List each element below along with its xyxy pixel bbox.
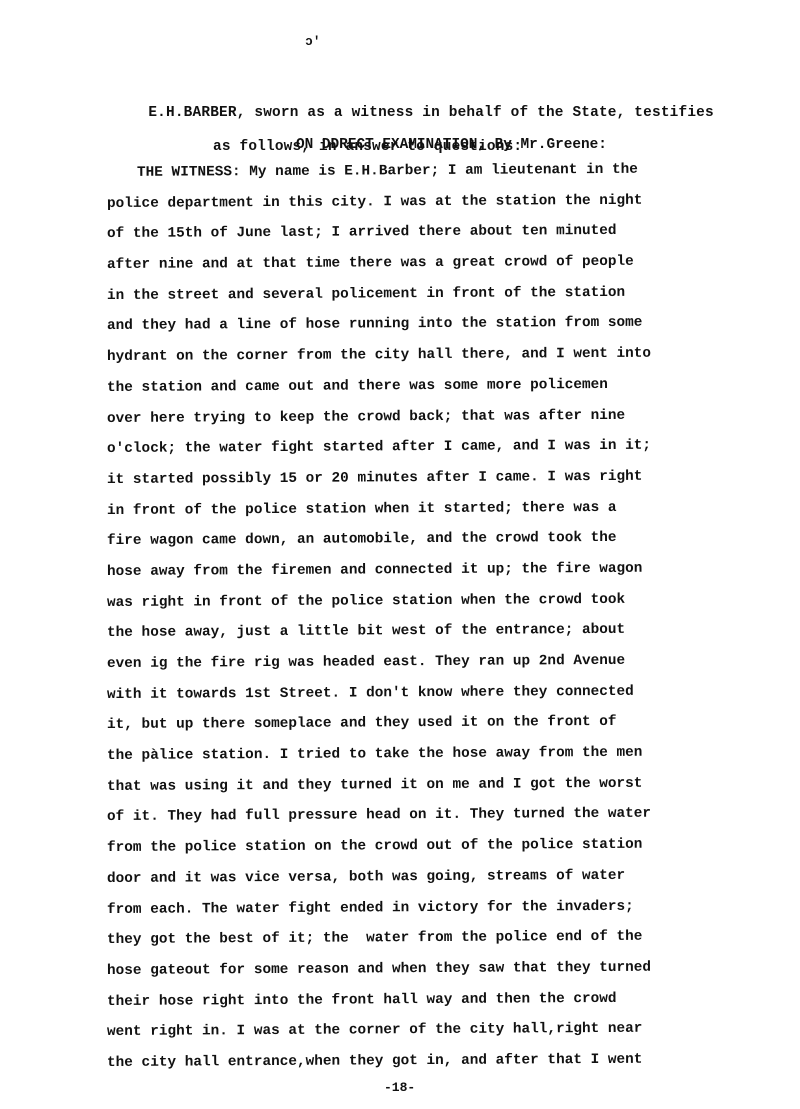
testimony-line: THE WITNESS: My name is E.H.Barber; I am… [107,154,747,189]
testimony-line: the station and came out and there was s… [107,369,747,404]
testimony-line: they got the best of it; the water from … [107,921,747,956]
testimony-line: their hose right into the front hall way… [107,983,747,1018]
testimony-line: of it. They had full pressure head on it… [107,799,747,834]
testimony-line: in front of the police station when it s… [107,492,747,527]
page-number: -18- [384,1080,415,1095]
testimony-line: over here trying to keep the crowd back;… [107,400,747,435]
testimony-line: even ig the fire rig was headed east. Th… [107,645,747,680]
witness-intro-line-1: E.H.BARBER, sworn as a witness in behalf… [148,105,714,121]
testimony-line: of the 15th of June last; I arrived ther… [107,215,747,250]
testimony-line: it, but up there someplace and they used… [107,706,747,741]
testimony-line: that was using it and they turned it on … [107,768,747,803]
testimony-line: from each. The water fight ended in vict… [107,891,747,926]
testimony-line: the hose away, just a little bit west of… [107,614,747,649]
testimony-line: o'clock; the water fight started after I… [107,430,747,465]
testimony-line: with it towards 1st Street. I don't know… [107,676,747,711]
testimony-line: went right in. I was at the corner of th… [107,1013,747,1048]
testimony-line: police department in this city. I was at… [107,185,747,220]
testimony-line: hydrant on the corner from the city hall… [107,338,747,373]
testimony-body: THE WITNESS: My name is E.H.Barber; I am… [107,158,747,1079]
page-mark: ↄ' [305,34,321,49]
testimony-line: in the street and several policement in … [107,277,747,312]
testimony-line: was right in front of the police station… [107,584,747,619]
examination-heading: ON DDRECT EXAMINATION, By Mr.Greene: [296,137,607,153]
testimony-line: the city hall entrance,when they got in,… [107,1044,747,1079]
testimony-line: the pàlice station. I tried to take the … [107,737,747,772]
testimony-line: and they had a line of hose running into… [107,308,747,343]
testimony-line: hose away from the firemen and connected… [107,553,747,588]
testimony-line: from the police station on the crowd out… [107,829,747,864]
testimony-line: it started possibly 15 or 20 minutes aft… [107,461,747,496]
testimony-line: door and it was vice versa, both was goi… [107,860,747,895]
testimony-line: hose gateout for some reason and when th… [107,952,747,987]
document-page: ↄ' E.H.BARBER, sworn as a witness in beh… [0,0,800,1109]
testimony-line: fire wagon came down, an automobile, and… [107,522,747,557]
testimony-line: after nine and at that time there was a … [107,246,747,281]
